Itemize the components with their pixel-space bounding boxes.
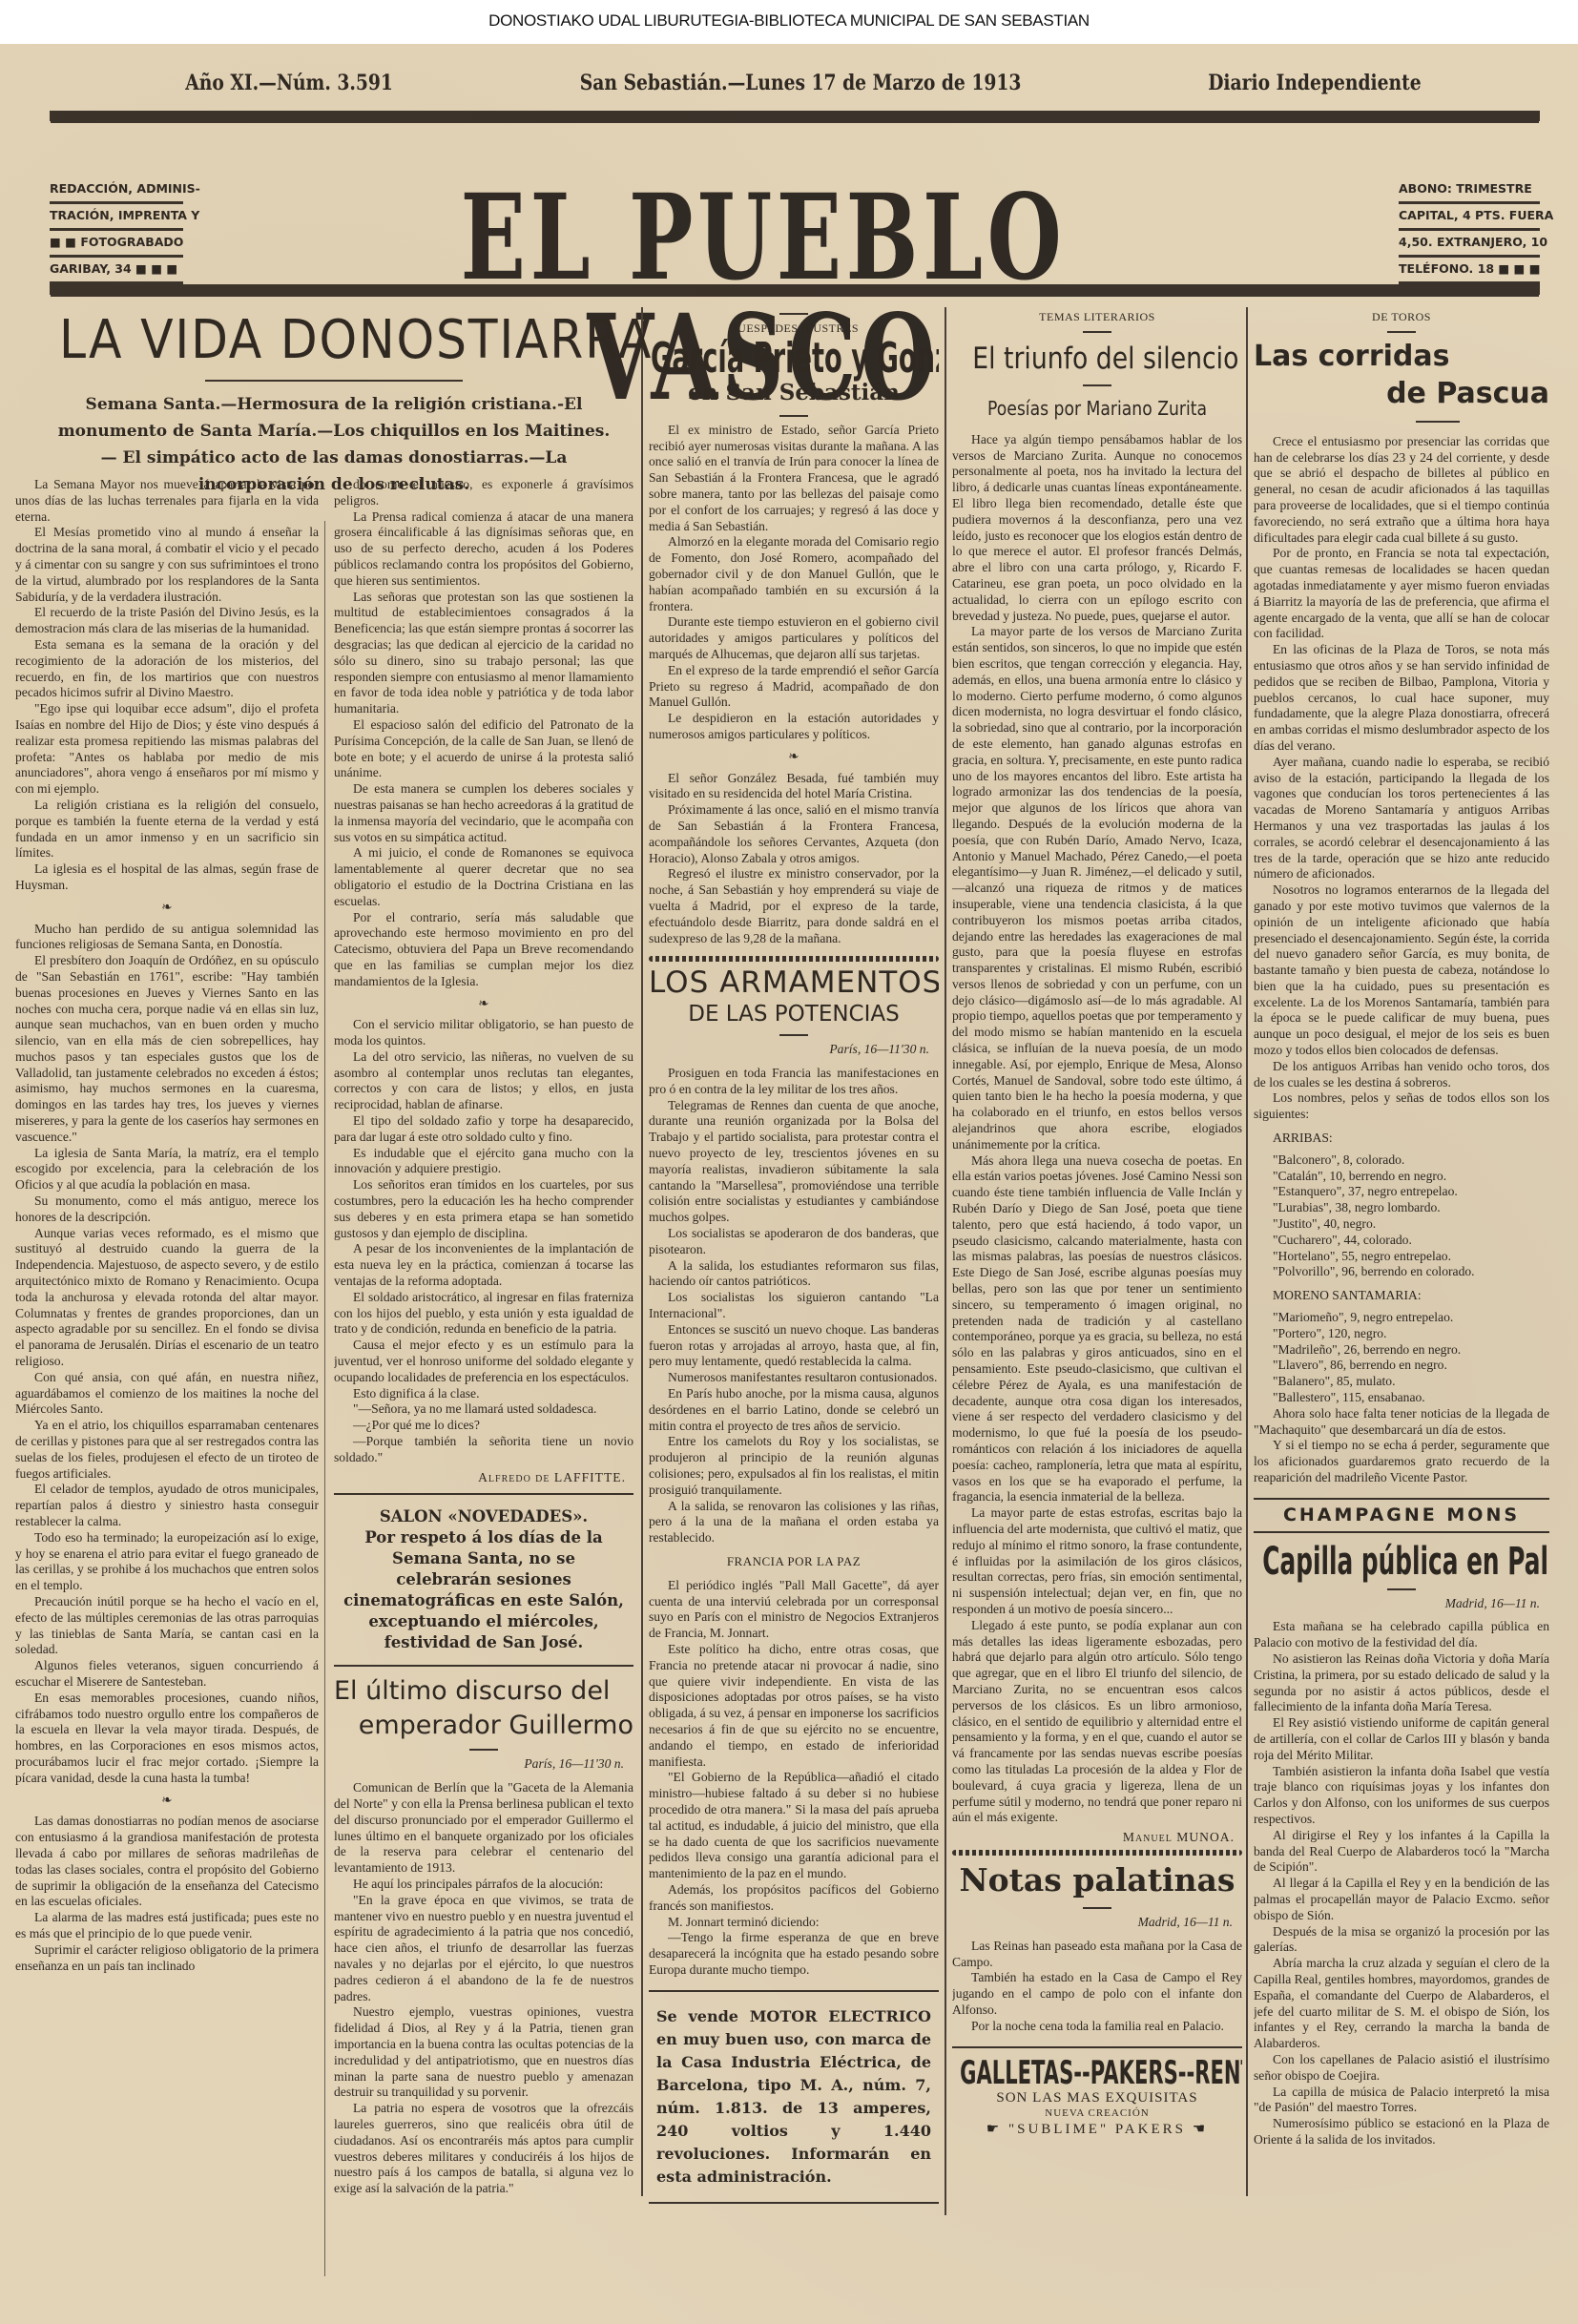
paragraph: "Ballestero", 115, ensabanao. (1254, 1390, 1549, 1406)
paragraph: "Hortelano", 55, negro entrepelao. (1254, 1249, 1549, 1265)
article-title: García Prieto y González Besada (651, 339, 937, 379)
article-title: Notas palatinas (952, 1859, 1242, 1901)
paragraph: Regresó el ilustre ex ministro conservad… (649, 866, 939, 946)
paragraph: Por la noche cena toda la familia real e… (952, 2019, 1242, 2035)
paragraph: "Llavero", 86, berrendo en negro. (1254, 1358, 1549, 1374)
title-rule (205, 380, 463, 382)
armamentos-title-2: DE LAS POTENCIAS (649, 1000, 939, 1028)
signature: Alfredo de LAFFITTE. (342, 1470, 626, 1486)
paragraph: El tipo del soldado zafio y torpe ha des… (334, 1113, 633, 1146)
paragraph: "Ego ipse qui loquibar ecce adsum", dijo… (15, 701, 319, 798)
paragraph: Por de pronto, en Francia se nota tal ex… (1254, 546, 1549, 642)
article-title: LA VIDA DONOSTIARRA (59, 307, 609, 374)
paragraph: —¿Por qué me lo dices? (334, 1418, 633, 1434)
paragraph: "Lurabias", 38, negro lombardo. (1254, 1200, 1549, 1216)
masthead-left-box: REDACCIÓN, ADMINIS- TRACIÓN, IMPRENTA Y … (50, 177, 183, 284)
paragraph: "Portero", 120, negro. (1254, 1326, 1549, 1342)
paragraph: "Polvorillo", 96, berrendo en colorado. (1254, 1264, 1549, 1280)
dateline: París, 16—11'30 n. (334, 1756, 624, 1773)
masthead-rule-top (50, 111, 1540, 121)
paragraph: Aunque varias veces reformado, es el mis… (15, 1226, 319, 1370)
paragraph: A la salida, se renovaron las colisiones… (649, 1499, 939, 1546)
paragraph: Entonces se suscitó un nuevo choque. Las… (649, 1322, 939, 1370)
paragraph: El recuerdo de la triste Pasión del Divi… (15, 605, 319, 637)
paragraph: Los socialistas se apoderaron de dos ban… (649, 1226, 939, 1258)
rule (649, 1990, 939, 1992)
masthead-rule-bottom (50, 284, 1540, 295)
ornament-icon: ❧ (334, 996, 633, 1012)
paragraph: Al llegar á la Capilla el Rey y en la be… (1254, 1876, 1549, 1923)
list-label: ARRIBAS: (1254, 1131, 1549, 1147)
paragraph: Llegado á este punto, se podía explanar … (952, 1618, 1242, 1826)
paragraph: No asistieron las Reinas doña Victoria y… (1254, 1651, 1549, 1715)
vida-column-2: do como el nuestro, es exponerle á graví… (334, 477, 633, 2197)
paragraph: El periódico inglés "Pall Mall Gacette",… (649, 1578, 939, 1642)
paragraph: Ayer mañana, cuando nadie lo esperaba, s… (1254, 755, 1549, 882)
paragraph: La patria no espera de vosotros que la o… (334, 2101, 633, 2197)
paragraph: Nosotros no logramos enterarnos de la ll… (1254, 882, 1549, 1059)
paragraph: "Balconero", 8, colorado. (1254, 1152, 1549, 1169)
right-box-line: 4,50. EXTRANJERO, 10 (1399, 231, 1540, 258)
paragraph: La del otro servicio, las niñeras, no vu… (334, 1049, 633, 1113)
paragraph: "En la grave época en que vivimos, se tr… (334, 1893, 633, 2005)
armamentos-title-1: LOS ARMAMENTOS (649, 965, 939, 1000)
article-title-1: Las corridas (1254, 339, 1549, 375)
archive-header: DONOSTIAKO UDAL LIBURUTEGIA-BIBLIOTECA M… (0, 0, 1578, 44)
corridas-column: DE TOROS Las corridas de Pascua Crece el… (1254, 307, 1549, 2148)
rule (1254, 1531, 1549, 1533)
pointing-hand-icon: ☛ (986, 2122, 1008, 2137)
paragraph: "Balanero", 85, mulato. (1254, 1374, 1549, 1390)
paragraph: Numerosísimo público se estacionó en la … (1254, 2116, 1549, 2148)
paragraph: El celador de templos, ayudado de otros … (15, 1482, 319, 1529)
left-box-line: GARIBAY, 34 ■ ■ ■ (50, 258, 183, 284)
paragraph: "Justito", 40, negro. (1254, 1216, 1549, 1233)
paragraph: —Tengo la firme esperanza de que en brev… (649, 1930, 939, 1978)
paragraph: El Rey asistió vistiendo uniforme de cap… (1254, 1715, 1549, 1763)
paragraph: También asistieron la infanta doña Isabe… (1254, 1764, 1549, 1828)
paragraph: El soldado aristocrático, al ingresar en… (334, 1290, 633, 1338)
dash (469, 1749, 498, 1751)
ornament-rule (952, 1850, 1242, 1856)
right-box-line: CAPITAL, 4 PTS. FUERA (1399, 204, 1540, 231)
paragraph: Los socialistas los siguieron cantando "… (649, 1290, 939, 1322)
dash (1387, 1588, 1416, 1590)
paragraph: Precaución inútil porque se ha hecho el … (15, 1594, 319, 1658)
paragraph: Por el contrario, sería más saludable qu… (334, 910, 633, 990)
dateline: París, 16—11'30 n. (649, 1042, 929, 1058)
paragraph: A pesar de los inconvenientes de la impl… (334, 1241, 633, 1289)
paragraph: La religión cristiana es la religión del… (15, 798, 319, 861)
paragraph: Durante este tiempo estuvieron en el gob… (649, 614, 939, 662)
ornament-icon: ❧ (649, 749, 939, 765)
paragraph: El presbítero don Joaquín de Ordóñez, en… (15, 953, 319, 1146)
dash (779, 313, 808, 315)
paragraph: También ha estado en la Casa de Campo el… (952, 1970, 1242, 2018)
paragraph: Causa el mejor efecto y es un estímulo p… (334, 1338, 633, 1385)
paragraph: Mucho han perdido de su antigua solemnid… (15, 922, 319, 954)
ornament-icon: ❧ (15, 1793, 319, 1809)
salon-novedades-ad: SALON «NOVEDADES». Por respeto á los día… (334, 1503, 633, 1657)
dash (1387, 331, 1416, 333)
garcia-column: HUESPEDES ILUSTRES García Prieto y Gonzá… (649, 307, 939, 2211)
left-box-line: ■ ■ FOTOGRABADO (50, 231, 183, 258)
pointing-hand-icon: ☚ (1186, 2122, 1208, 2137)
right-box-line: ABONO: TRIMESTRE (1399, 177, 1540, 204)
galletas-ad-line: SON LAS MAS EXQUISITAS (952, 2090, 1242, 2106)
list-label: MORENO SANTAMARIA: (1254, 1288, 1549, 1304)
paragraph: —Porque también la señorita tiene un nov… (334, 1434, 633, 1466)
paragraph: "Cucharero", 44, colorado. (1254, 1233, 1549, 1249)
dash (779, 1034, 808, 1036)
paragraph: El espacioso salón del edificio del Patr… (334, 717, 633, 781)
paragraph: Algunos fieles veteranos, siguen concurr… (15, 1658, 319, 1691)
ornament-rule (649, 956, 939, 962)
paragraph: "Catalán", 10, berrendo en negro. (1254, 1169, 1549, 1185)
masthead-topline: Año XI.—Núm. 3.591 San Sebastián.—Lunes … (185, 71, 1421, 109)
paragraph: He aquí los principales párrafos de la a… (334, 1877, 633, 1893)
paragraph: El ex ministro de Estado, señor García P… (649, 423, 939, 535)
paragraph: Telegramas de Rennes dan cuenta de que a… (649, 1098, 939, 1226)
paragraph: Esto dignifica á la clase. (334, 1386, 633, 1402)
paragraph: A mi juicio, el conde de Romanones se eq… (334, 845, 633, 909)
galletas-ad-title: GALLETAS--PAKERS--RENTERIA (960, 2056, 1235, 2090)
paragraph: Nuestro ejemplo, vuestras opiniones, vue… (334, 2004, 633, 2101)
paragraph: De esta manera se cumplen los deberes so… (334, 781, 633, 845)
vida-column-1: La Semana Mayor nos mueve á apartar la v… (15, 477, 319, 1974)
left-box-line: TRACIÓN, IMPRENTA Y (50, 204, 183, 231)
paragraph: Próximamente á las once, salió en el mis… (649, 802, 939, 866)
ad-body: Por respeto á los días de la Semana Sant… (343, 1527, 624, 1653)
paragraph: Al dirigirse el Rey y los infantes á la … (1254, 1828, 1549, 1876)
dash (1083, 331, 1111, 333)
kicker: DE TOROS (1254, 309, 1549, 325)
paragraph: Numerosos manifestantes resultaron contu… (649, 1370, 939, 1386)
rule (649, 2202, 939, 2204)
paragraph: Almorzó en la elegante morada del Comisa… (649, 534, 939, 614)
paragraph: Esta mañana se ha celebrado capilla públ… (1254, 1619, 1549, 1651)
article-title: Capilla pública en Palacio (1262, 1541, 1540, 1583)
right-box-line: TELÉFONO. 18 ■ ■ ■ (1399, 258, 1540, 284)
subhead: FRANCIA POR LA PAZ (649, 1554, 939, 1570)
ad-title: SALON «NOVEDADES». (343, 1506, 624, 1527)
paragraph: M. Jonnart terminó diciendo: (649, 1915, 939, 1931)
paragraph: "Madrileño", 26, berrendo en negro. (1254, 1342, 1549, 1359)
rule (334, 1493, 633, 1495)
galletas-ad-line: ☛ "SUBLIME" PAKERS ☚ (952, 2122, 1242, 2138)
paragraph: Hace ya algún tiempo pensábamos hablar d… (952, 432, 1242, 625)
issue-number: Año XI.—Núm. 3.591 (185, 71, 393, 109)
paragraph: En esas memorables procesiones, cuando n… (15, 1691, 319, 1787)
article-title-2: de Pascua (1254, 375, 1549, 413)
kicker: TEMAS LITERARIOS (952, 309, 1242, 325)
rule (952, 2046, 1242, 2048)
champagne-mons-ad: CHAMPAGNE MONS (1254, 1507, 1549, 1524)
paragraph: Esta semana es la semana de la oración y… (15, 637, 319, 701)
column-divider (324, 521, 325, 2276)
paragraph: Todo eso ha terminado; la europeización … (15, 1530, 319, 1594)
issue-date: San Sebastián.—Lunes 17 de Marzo de 1913 (580, 71, 1022, 109)
column-divider (1246, 307, 1248, 2196)
paragraph: Con qué ansia, con qué afán, en nuestra … (15, 1370, 319, 1418)
ornament-icon: ❧ (15, 900, 319, 916)
paragraph: Le despidieron en la estación autoridade… (649, 711, 939, 743)
paragraph: Su monumento, como el más antiguo, merec… (15, 1193, 319, 1226)
paragraph: Ya en el atrio, los chiquillos esparrama… (15, 1418, 319, 1482)
paragraph: "El Gobierno de la República—añadió el c… (649, 1770, 939, 1882)
newspaper-page: Año XI.—Núm. 3.591 San Sebastián.—Lunes … (0, 44, 1578, 2324)
paragraph: La capilla de música de Palacio interpre… (1254, 2085, 1549, 2117)
dateline: Madrid, 16—11 n. (952, 1915, 1233, 1931)
motor-electrico-ad: Se vende MOTOR ELECTRICO en muy buen uso… (649, 2000, 939, 2194)
paragraph: Con el servicio militar obligatorio, se … (334, 1017, 633, 1049)
paragraph: Este político ha dicho, entre otras cosa… (649, 1642, 939, 1770)
paragraph: do como el nuestro, es exponerle á graví… (334, 477, 633, 509)
paragraph: Entre los camelots du Roy y los socialis… (649, 1434, 939, 1498)
article-subtitle: Poesías por Mariano Zurita (972, 392, 1221, 425)
galletas-ad-brand: "SUBLIME" PAKERS (1008, 2122, 1186, 2137)
galletas-ad-line: NUEVA CREACIÓN (952, 2106, 1242, 2122)
paragraph: "Estanquero", 37, negro entrepelao. (1254, 1184, 1549, 1200)
dateline: Madrid, 16—11 n. (1254, 1596, 1540, 1612)
signature: Manuel MUNOA. (960, 1830, 1235, 1846)
article-title: El triunfo del silencio (972, 339, 1221, 379)
paragraph: En las oficinas de la Plaza de Toros, se… (1254, 642, 1549, 755)
paragraph: La iglesia de Santa María, la matríz, er… (15, 1146, 319, 1193)
dash (1083, 384, 1111, 386)
paragraph: Más ahora llega una nueva cosecha de poe… (952, 1153, 1242, 1506)
paragraph: La iglesia es el hospital de las almas, … (15, 861, 319, 894)
paragraph: La Semana Mayor nos mueve á apartar la v… (15, 477, 319, 525)
paragraph: Crece el entusiasmo por presenciar las c… (1254, 434, 1549, 547)
paragraph: El señor González Besada, fué también mu… (649, 771, 939, 803)
paragraph: Y si el tiempo no se echa á perder, segu… (1254, 1438, 1549, 1485)
guillermo-title-2: emperador Guillermo (334, 1709, 633, 1743)
silencio-column: TEMAS LITERARIOS El triunfo del silencio… (952, 307, 1242, 2138)
paragraph: A la salida, los estudiantes reformaron … (649, 1258, 939, 1291)
tagline: Diario Independiente (1208, 71, 1421, 109)
paragraph: Las damas donostiarras no podían menos d… (15, 1814, 319, 1910)
paragraph: Además, los propósitos pacíficos del Gob… (649, 1882, 939, 1915)
paragraph: Las señoras que protestan son las que so… (334, 590, 633, 717)
rule (334, 1665, 633, 1667)
paragraph: Después de la misa se organizó la proces… (1254, 1924, 1549, 1957)
paragraph: El Mesías prometido vino al mundo á ense… (15, 525, 319, 605)
paragraph: Los señoritos eran tímidos en los cuarte… (334, 1177, 633, 1241)
guillermo-title-1: El último discurso del (334, 1674, 633, 1709)
paragraph: De los antiguos Arribas han venido ocho … (1254, 1059, 1549, 1091)
paragraph: Es indudable que el ejército gana mucho … (334, 1146, 633, 1178)
paragraph: La mayor parte de los versos de Marciano… (952, 624, 1242, 1152)
paragraph: Las Reinas han paseado esta mañana por l… (952, 1939, 1242, 1971)
paragraph: "Mariomeño", 9, negro entrepelao. (1254, 1310, 1549, 1326)
paragraph: En París hubo anoche, por la misma causa… (649, 1386, 939, 1434)
paragraph: "—Señora, ya no me llamará usted soldade… (334, 1401, 633, 1418)
paragraph: Con los capellanes de Palacio asistió el… (1254, 2052, 1549, 2085)
left-box-line: REDACCIÓN, ADMINIS- (50, 177, 183, 204)
dash (1083, 1907, 1111, 1909)
paragraph: Los nombres, pelos y señas de todos ello… (1254, 1090, 1549, 1123)
column-divider (641, 307, 643, 2196)
title-rule (1416, 421, 1460, 423)
column-divider (945, 307, 946, 2215)
paragraph: La alarma de las madres está justificada… (15, 1910, 319, 1942)
paragraph: Prosiguen en toda Francia las manifestac… (649, 1066, 939, 1098)
paragraph: La Prensa radical comienza á atacar de u… (334, 509, 633, 590)
paragraph: Suprimir el carácter religioso obligator… (15, 1942, 319, 1975)
rule (1254, 1498, 1549, 1500)
article-vida-header: LA VIDA DONOSTIARRA Semana Santa.—Hermos… (29, 307, 639, 498)
paragraph: La mayor parte de estas estrofas, escrit… (952, 1505, 1242, 1618)
masthead-right-box: ABONO: TRIMESTRE CAPITAL, 4 PTS. FUERA 4… (1399, 177, 1540, 284)
paragraph: Abría marcha la cruz alzada y seguían el… (1254, 1956, 1549, 2052)
paragraph: Comunican de Berlín que la "Gaceta de la… (334, 1780, 633, 1877)
paragraph: En el expreso de la tarde emprendió el s… (649, 663, 939, 711)
dash (779, 415, 808, 417)
paragraph: Ahora solo hace falta tener noticias de … (1254, 1406, 1549, 1439)
